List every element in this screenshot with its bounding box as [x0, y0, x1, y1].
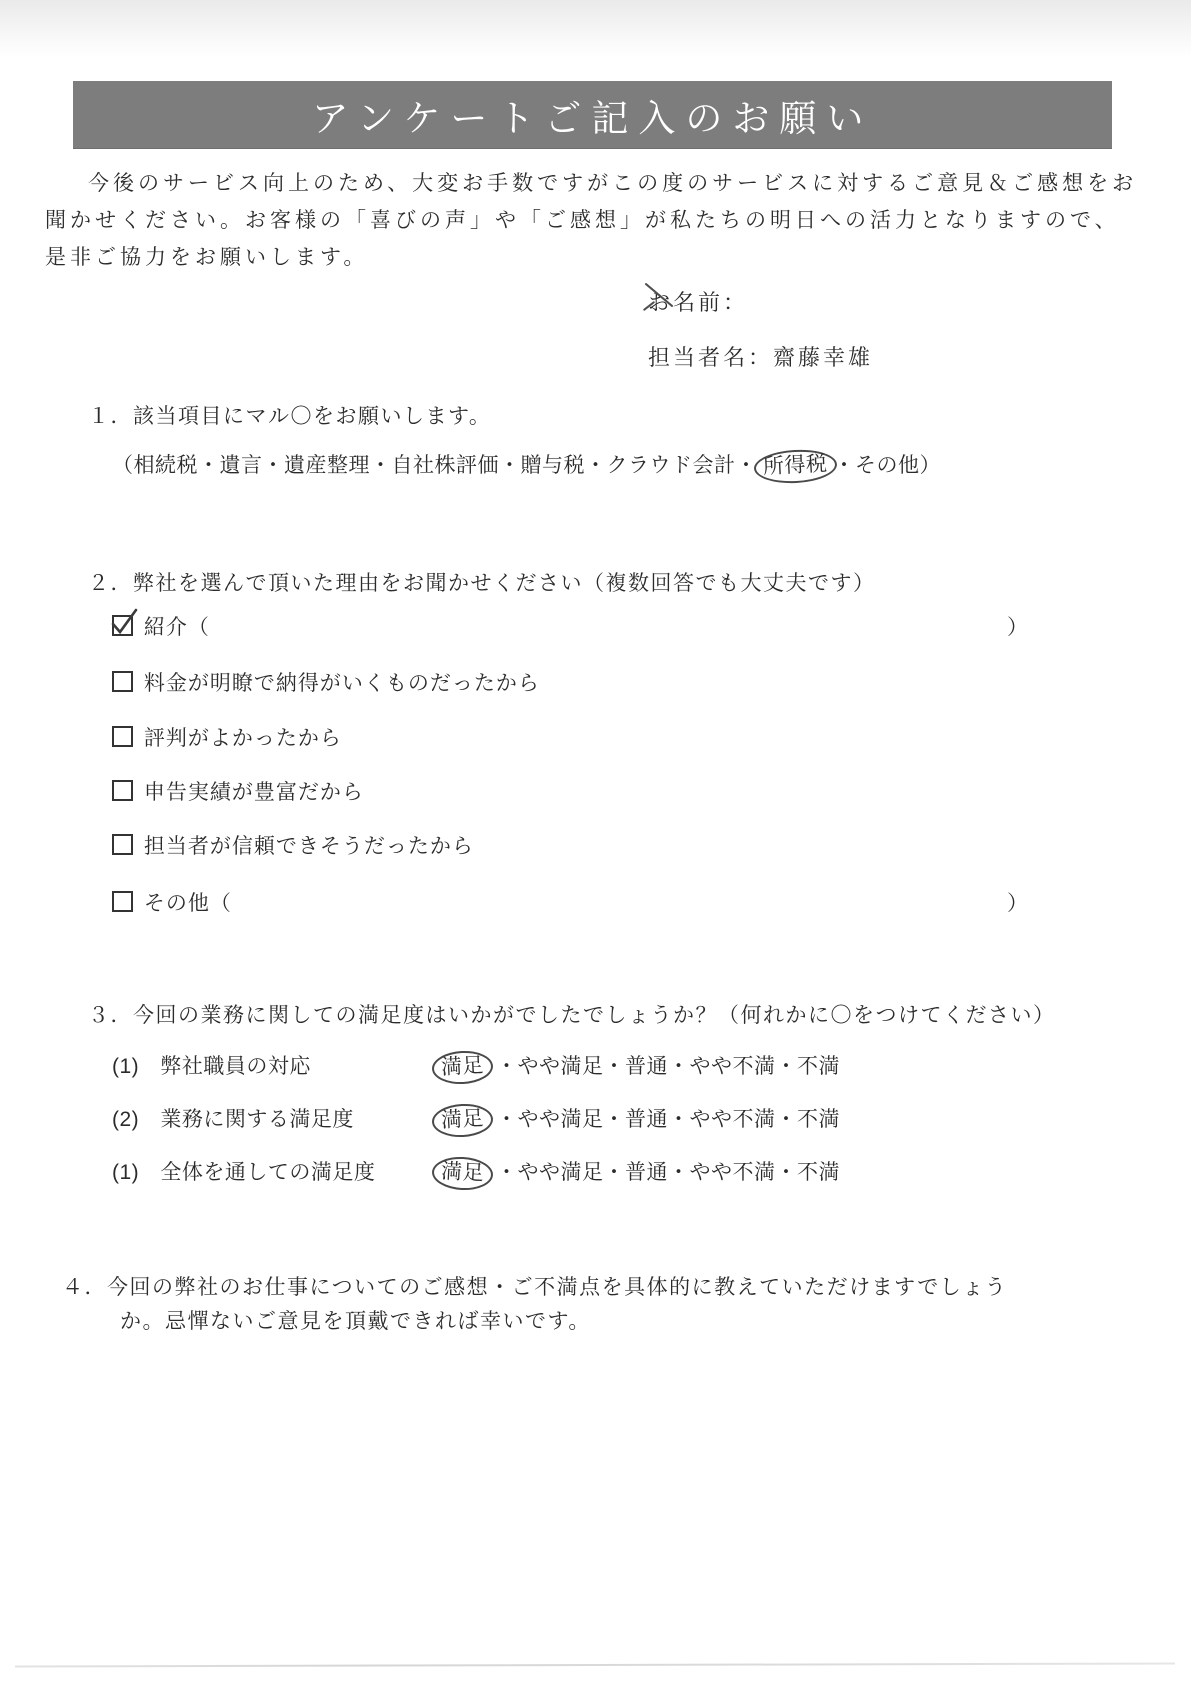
q2-option-label: 紹介（: [144, 616, 210, 639]
q3-other-ratings: ・やや満足・普通・やや不満・不満: [496, 1055, 840, 1078]
q3-row-label: 業務に関する満足度: [160, 1103, 428, 1133]
q2-option-row[interactable]: 料金が明瞭で納得がいくものだったから: [112, 667, 1072, 697]
checkbox-icon[interactable]: [112, 671, 133, 692]
intro-line-1: 今後のサービス向上のため、大変お手数ですがこの度のサービスに対するご意見＆ご感想…: [88, 170, 1137, 198]
q2-heading: ２．弊社を選んで頂いた理由をお聞かせください（複数回答でも大丈夫です）: [88, 567, 876, 597]
q3-row-number: (1): [112, 1055, 154, 1079]
scan-shading: [0, 0, 1191, 58]
q2-option-label: 評判がよかったから: [144, 727, 342, 750]
q3-rating-row: (1) 全体を通しての満足度 満足 ・やや満足・普通・やや不満・不満: [112, 1156, 840, 1186]
checkbox-icon[interactable]: [112, 891, 133, 912]
paren-close: ）: [1007, 611, 1029, 641]
q3-row-number: (1): [112, 1161, 154, 1185]
checkbox-checked-icon[interactable]: [112, 615, 133, 636]
q3-heading: ３．今回の業務に関しての満足度はいかがでしたでしょうか？（何れかに〇をつけてくだ…: [88, 999, 1056, 1029]
q3-row-number: (2): [112, 1108, 154, 1132]
q1-options-after: ・その他）: [834, 454, 942, 477]
q3-rating-row: (1) 弊社職員の対応 満足 ・やや満足・普通・やや不満・不満: [112, 1050, 840, 1080]
q2-option-row[interactable]: 申告実績が豊富だから: [112, 776, 1072, 806]
q2-option-label: 申告実績が豊富だから: [144, 781, 364, 804]
page-title: アンケートご記入のお願い: [312, 88, 874, 142]
q2-option-label: 担当者が信頼できそうだったから: [144, 835, 474, 858]
title-banner: アンケートご記入のお願い: [73, 81, 1112, 148]
q2-option-row[interactable]: 担当者が信頼できそうだったから: [112, 830, 1072, 860]
scanned-survey-page: アンケートご記入のお願い 今後のサービス向上のため、大変お手数ですがこの度のサー…: [0, 0, 1191, 1684]
q3-circled-rating: 満足: [431, 1102, 494, 1138]
q2-option-label: その他（: [144, 892, 232, 915]
checkbox-icon[interactable]: [112, 834, 133, 855]
scan-edge-line: [15, 1662, 1175, 1667]
customer-name-label: お名前：: [648, 286, 748, 317]
q1-options-before: （相続税・遺言・遺産整理・自社株評価・贈与税・クラウド会計・: [112, 454, 757, 477]
q4-heading-line-2: か。忌憚ないご意見を頂戴できれば幸いです。: [120, 1305, 591, 1335]
q3-other-ratings: ・やや満足・普通・やや不満・不満: [496, 1108, 840, 1131]
q1-heading: １．該当項目にマル〇をお願いします。: [88, 400, 491, 430]
intro-line-3: 是非ご協力をお願いします。: [45, 244, 368, 272]
checkbox-icon[interactable]: [112, 780, 133, 801]
q3-circled-rating: 満足: [431, 1049, 494, 1085]
q4-heading-line-1: ４．今回の弊社のお仕事についてのご感想・ご不満点を具体的に教えていただけますでし…: [62, 1271, 1007, 1301]
checkbox-icon[interactable]: [112, 726, 133, 747]
paren-close: ）: [1007, 887, 1029, 917]
q2-option-row[interactable]: 評判がよかったから: [112, 722, 1072, 752]
check-mark-icon: [110, 607, 140, 637]
q3-other-ratings: ・やや満足・普通・やや不満・不満: [496, 1161, 840, 1184]
q3-circled-rating: 満足: [431, 1155, 494, 1191]
q2-option-row[interactable]: その他（ ）: [112, 887, 1072, 917]
q1-options-line: （相続税・遺言・遺産整理・自社株評価・贈与税・クラウド会計・所得税・その他）: [112, 449, 941, 479]
q3-row-label: 全体を通しての満足度: [160, 1156, 428, 1186]
q2-option-row[interactable]: 紹介（ ）: [112, 611, 1072, 641]
intro-line-2: 聞かせください。お客様の「喜びの声」や「ご感想」が私たちの明日への活力となります…: [45, 207, 1120, 235]
staff-name-value: 担当者名：齋藤幸雄: [648, 341, 873, 372]
q3-row-label: 弊社職員の対応: [160, 1050, 428, 1080]
q2-option-label: 料金が明瞭で納得がいくものだったから: [144, 672, 540, 695]
q1-circled-option: 所得税: [753, 448, 837, 485]
q3-rating-row: (2) 業務に関する満足度 満足 ・やや満足・普通・やや不満・不満: [112, 1103, 840, 1133]
